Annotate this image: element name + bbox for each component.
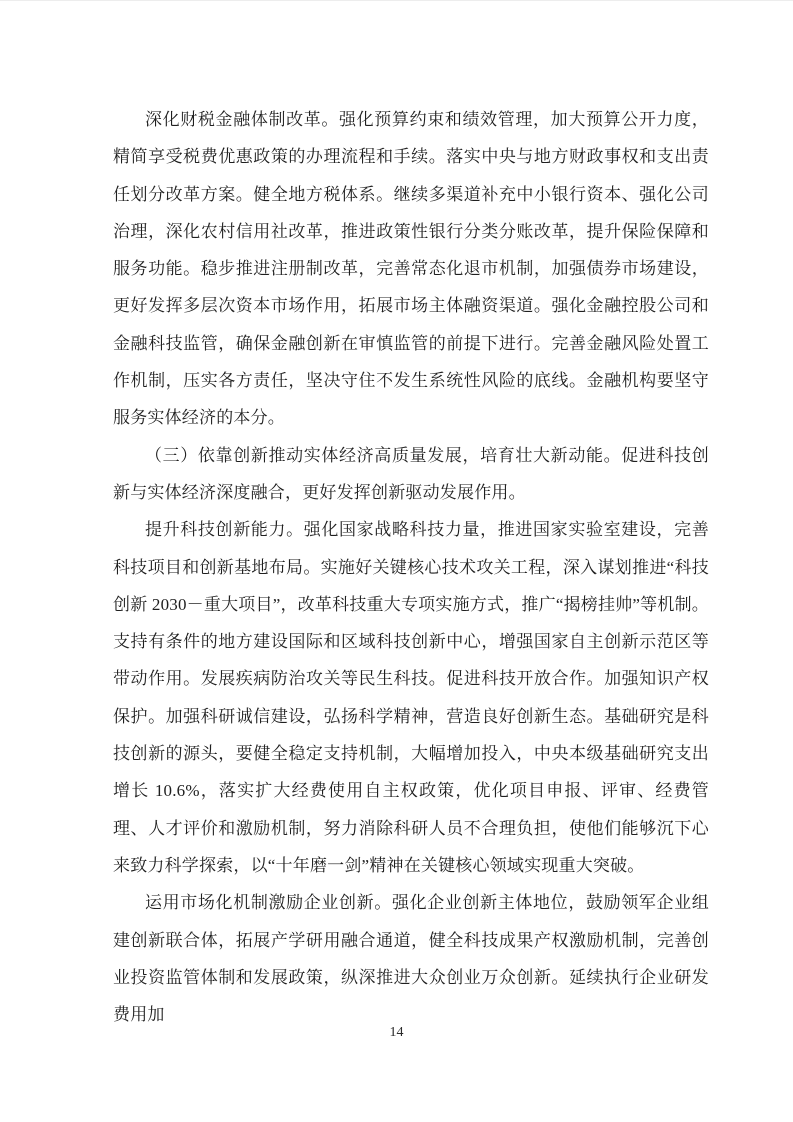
paragraph-section-3-heading: （三）依靠创新推动实体经济高质量发展，培育壮大新动能。促进科技创新与实体经济深度… xyxy=(113,437,709,512)
paragraph-fiscal-finance-reform: 深化财税金融体制改革。强化预算约束和绩效管理，加大预算公开力度，精简享受税费优惠… xyxy=(113,101,709,437)
paragraph-tech-innovation: 提升科技创新能力。强化国家战略科技力量，推进国家实验室建设，完善科技项目和创新基… xyxy=(113,511,709,884)
page-number: 14 xyxy=(0,1025,793,1041)
paragraph-enterprise-innovation: 运用市场化机制激励企业创新。强化企业创新主体地位，鼓励领军企业组建创新联合体，拓… xyxy=(113,884,709,1033)
document-page: 深化财税金融体制改革。强化预算约束和绩效管理，加大预算公开力度，精简享受税费优惠… xyxy=(0,0,793,1122)
page-content: 深化财税金融体制改革。强化预算约束和绩效管理，加大预算公开力度，精简享受税费优惠… xyxy=(113,101,709,1033)
